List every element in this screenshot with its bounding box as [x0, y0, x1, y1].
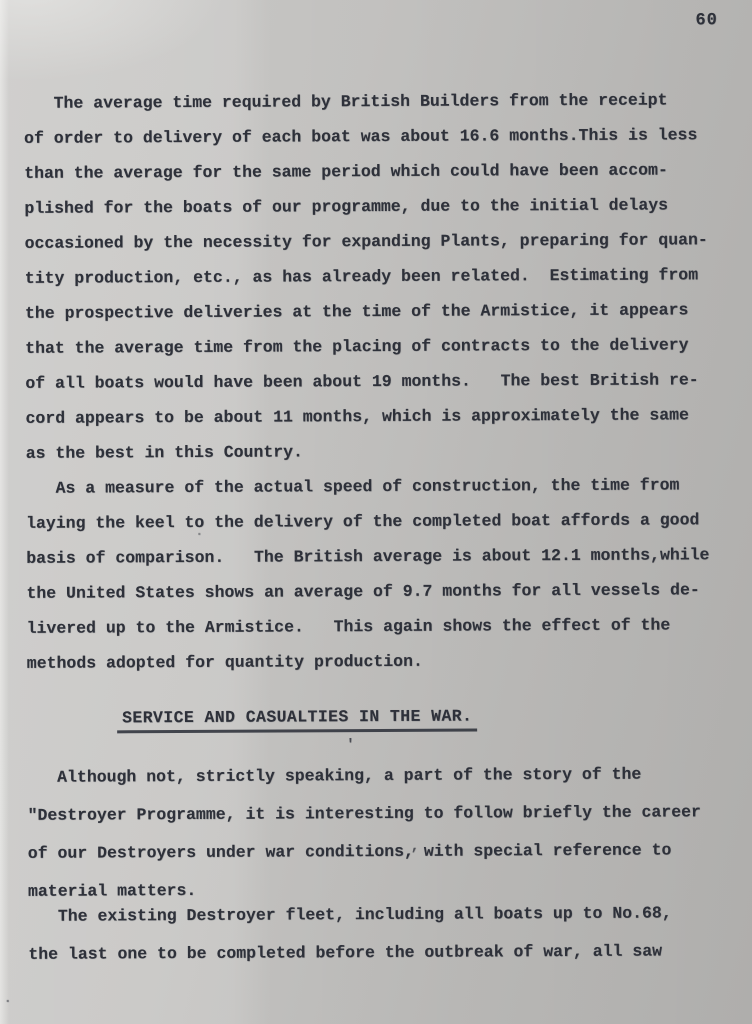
text-line: basis of comparison. The British average… [26, 537, 738, 576]
text-line: the United States shows an average of 9.… [26, 572, 738, 611]
text-line: As a measure of the actual speed of cons… [26, 467, 738, 506]
text-line: occasioned by the necessity for expandin… [24, 222, 736, 261]
text-line: that the average time from the placing o… [25, 327, 737, 366]
text-line: plished for the boats of our programme, … [24, 187, 736, 226]
scan-artifact-mark: , [411, 840, 419, 854]
typewritten-page: 60 The average time required by British … [0, 0, 752, 1024]
text-line: than the average for the same period whi… [24, 152, 736, 191]
paragraph-service-intro: Although not, strictly speaking, a part … [27, 755, 740, 911]
scan-artifact-mark: . [195, 525, 203, 539]
text-line: Although not, strictly speaking, a part … [27, 755, 739, 797]
text-line: livered up to the Armistice. This again … [27, 607, 739, 646]
text-line: of our Destroyers under war conditions, … [28, 831, 740, 873]
text-line: "Destroyer Programme, it is interesting … [27, 793, 739, 835]
text-line: The average time required by British Bui… [24, 82, 736, 121]
text-line: of all boats would have been about 19 mo… [25, 362, 737, 401]
text-line: of order to delivery of each boat was ab… [24, 117, 736, 156]
text-line: tity production, etc., as has already be… [25, 257, 737, 296]
scan-artifact-mark: ' [346, 738, 354, 752]
text-line: The existing Destroyer fleet, including … [28, 894, 740, 936]
scan-artifact-mark: . [4, 992, 12, 1006]
paragraph-existing-fleet: The existing Destroyer fleet, including … [28, 894, 740, 974]
text-line: laying the keel to the delivery of the c… [26, 502, 738, 541]
page-number: 60 [695, 11, 718, 30]
text-line: cord appears to be about 11 months, whic… [25, 397, 737, 436]
text-line: as the best in this Country. [26, 432, 738, 471]
paragraphs-construction-time: The average time required by British Bui… [24, 82, 739, 681]
section-heading: SERVICE AND CASUALTIES IN THE WAR. [117, 706, 477, 733]
text-line: methods adopted for quantity production. [27, 642, 739, 681]
text-line: the last one to be completed before the … [28, 932, 740, 974]
text-line: the prospective deliveries at the time o… [25, 292, 737, 331]
